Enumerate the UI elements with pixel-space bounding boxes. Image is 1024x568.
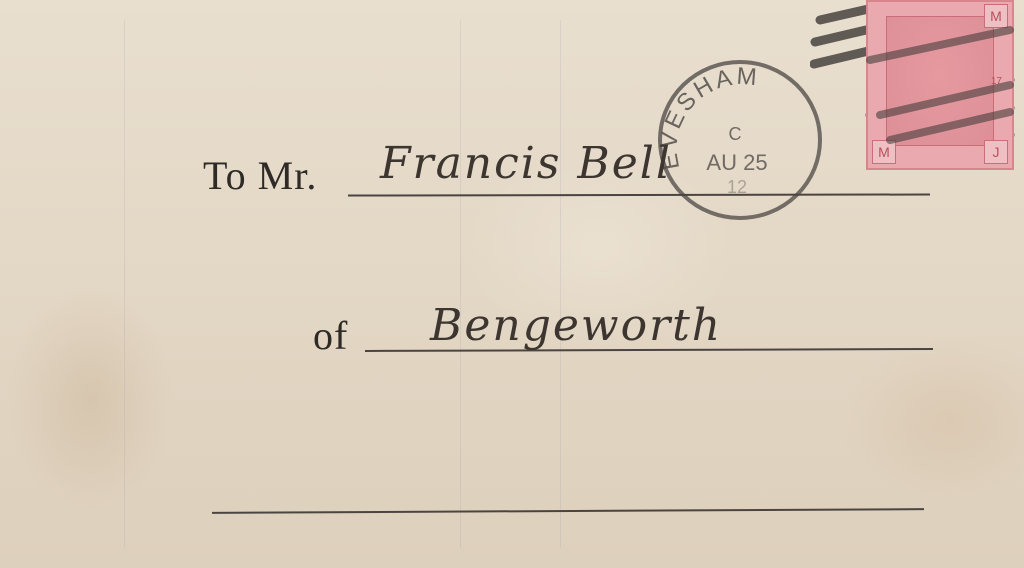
- faint-vertical-rule: [560, 20, 561, 548]
- of-label: of: [313, 312, 348, 359]
- blank-address-line: [212, 508, 924, 513]
- svg-text:C: C: [729, 124, 742, 144]
- faint-vertical-rule: [460, 20, 461, 548]
- evesham-postmark: EVESHAM C AU 25 12: [655, 58, 825, 223]
- place-handwriting: Bengeworth: [430, 300, 722, 351]
- addressee-line: [348, 193, 930, 196]
- svg-text:AU 25: AU 25: [706, 150, 767, 175]
- cancel-overlay: [810, 0, 1024, 180]
- to-label: To Mr.: [203, 152, 317, 199]
- faint-vertical-rule: [124, 20, 125, 548]
- postal-cover: 341 M M J 17 EVESHAM C AU 25 12 To Mr. F…: [0, 0, 1024, 568]
- addressee-handwriting: Francis Bell: [380, 138, 672, 189]
